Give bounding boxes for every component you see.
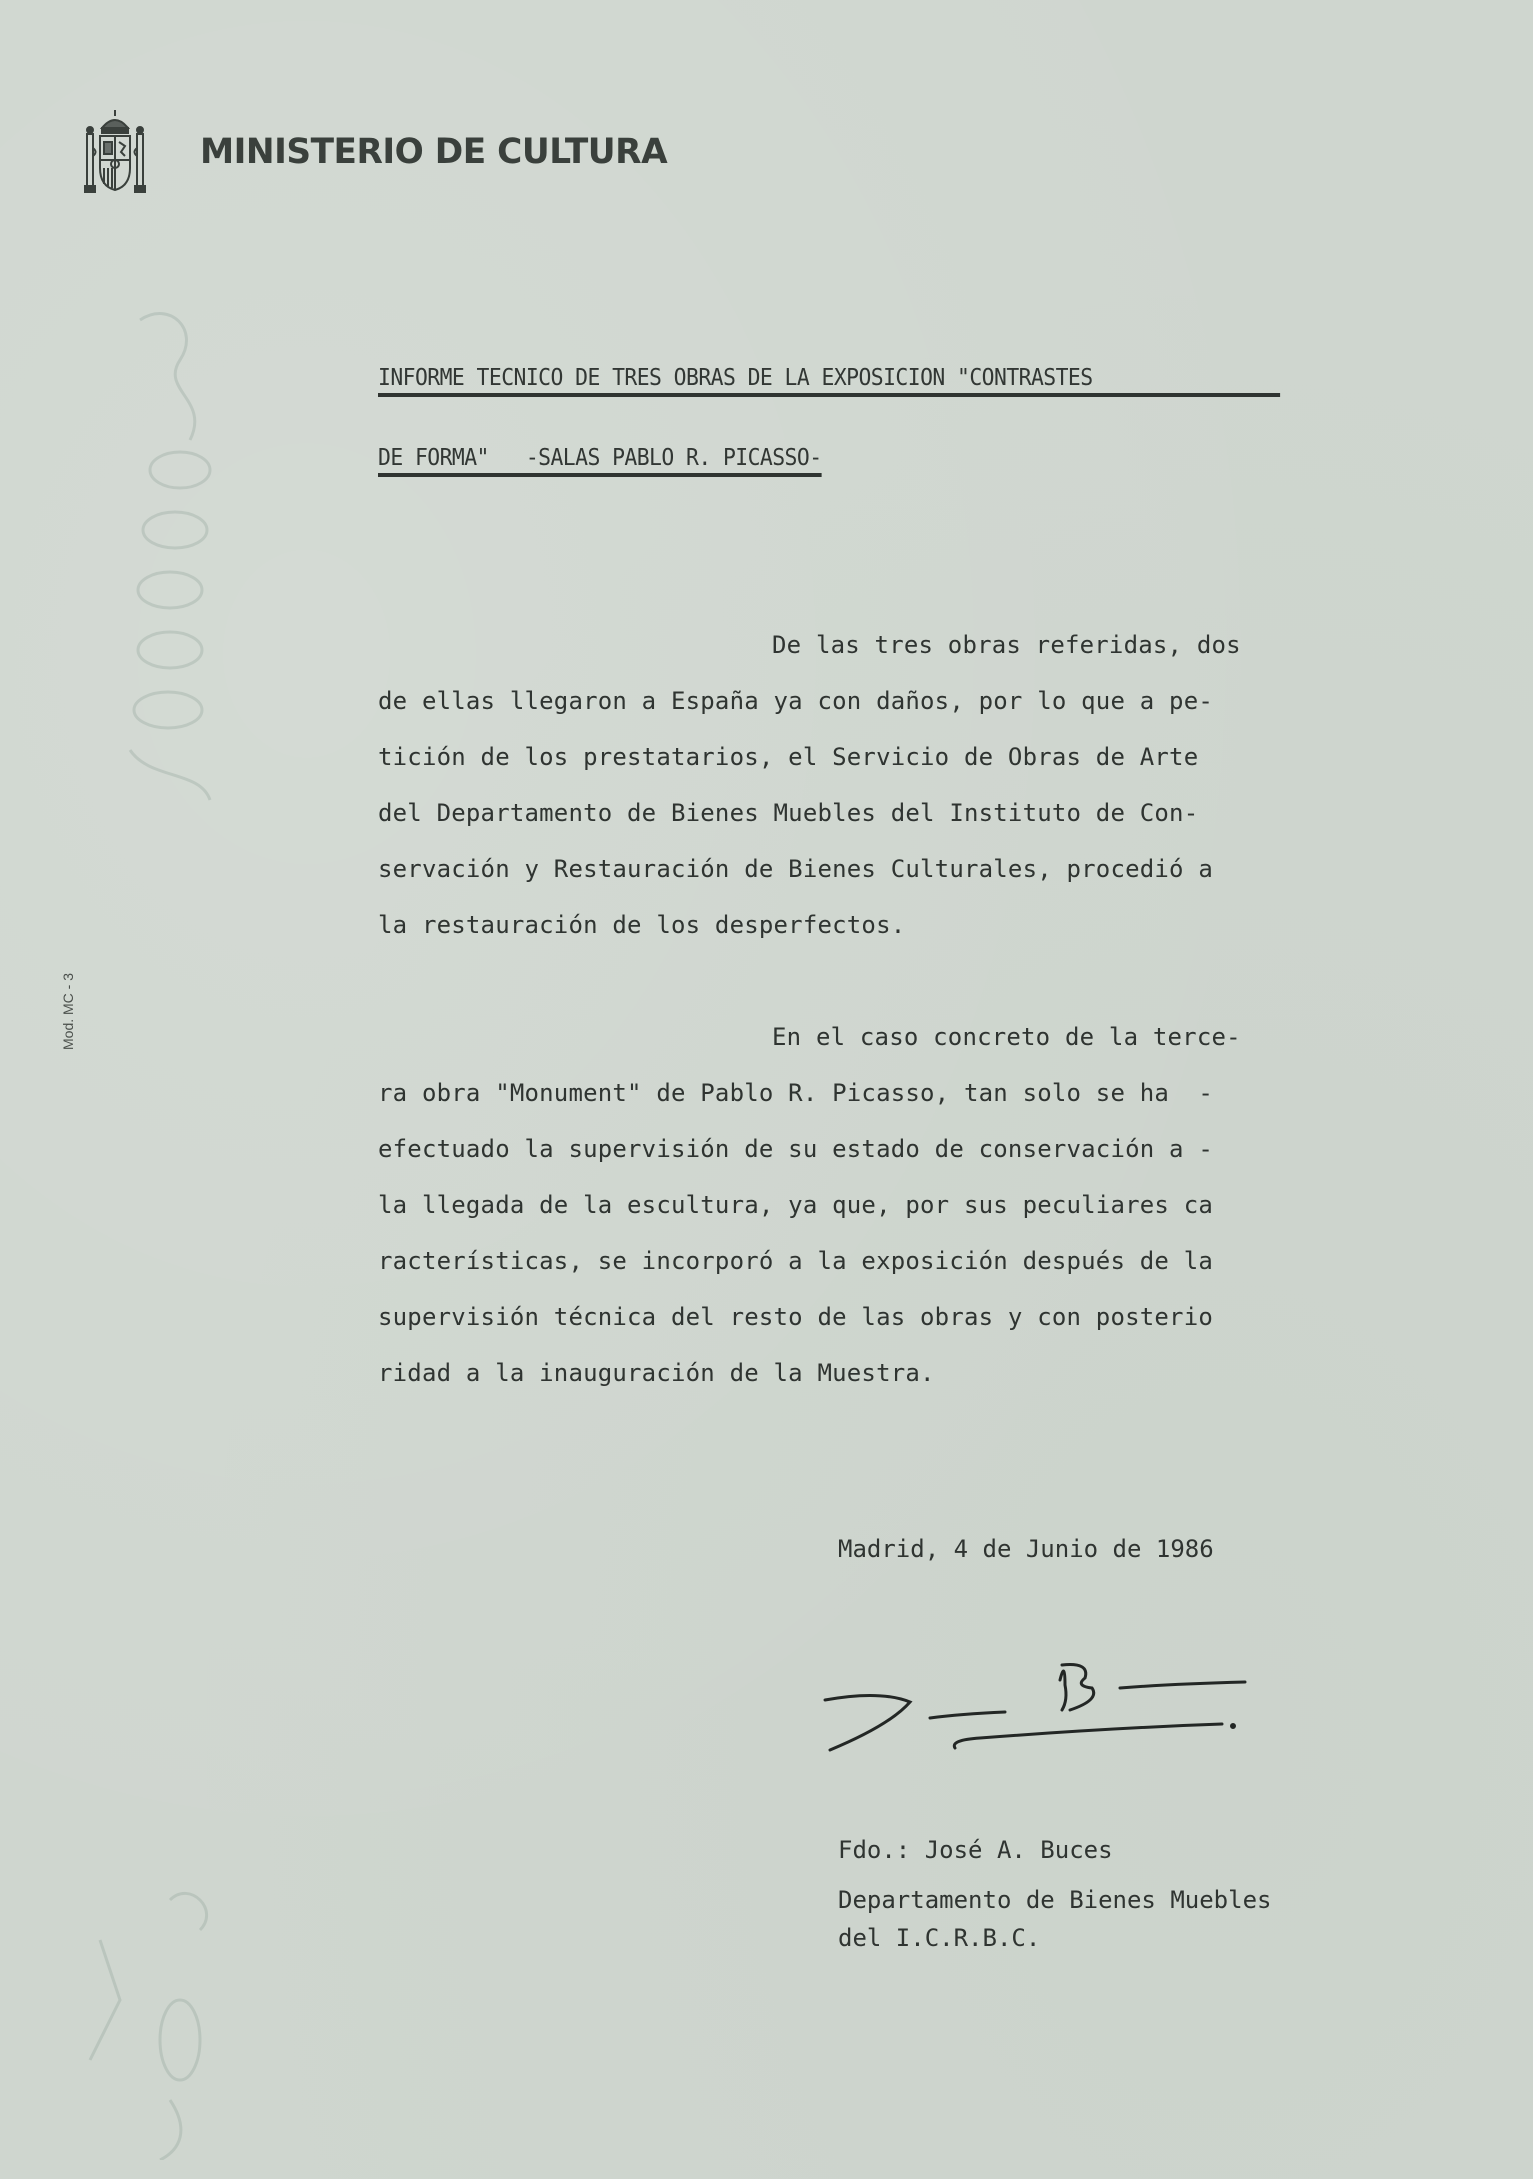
letterhead: MINISTERIO DE CULTURA	[84, 108, 677, 196]
body-line: ra obra "Monument" de Pablo R. Picasso, …	[378, 1073, 1298, 1129]
signer-block: Fdo.: José A. Buces Departamento de Bien…	[838, 1830, 1271, 1954]
body-line: servación y Restauración de Bienes Cultu…	[378, 849, 1298, 905]
body-line: racterísticas, se incorporó a la exposic…	[378, 1241, 1298, 1297]
body-line: efectuado la supervisión de su estado de…	[378, 1129, 1298, 1185]
handwritten-signature-icon	[810, 1640, 1280, 1760]
document-body: De las tres obras referidas, dos de ella…	[378, 625, 1298, 1409]
department-line-2: del I.C.R.B.C.	[838, 1918, 1271, 1954]
form-code-label: Mod. MC - 3	[60, 973, 76, 1050]
body-line: la restauración de los desperfectos.	[378, 905, 1298, 961]
body-line: En el caso concreto de la terce-	[378, 1017, 1298, 1073]
body-line: supervisión técnica del resto de las obr…	[378, 1297, 1298, 1353]
paragraph-1: De las tres obras referidas, dos de ella…	[378, 625, 1298, 961]
signed-by: Fdo.: José A. Buces	[838, 1830, 1271, 1880]
document-title: INFORME TECNICO DE TRES OBRAS DE LA EXPO…	[378, 365, 1348, 477]
body-line: tición de los prestatarios, el Servicio …	[378, 737, 1298, 793]
body-line: del Departamento de Bienes Muebles del I…	[378, 793, 1298, 849]
body-line: ridad a la inauguración de la Muestra.	[378, 1353, 1298, 1409]
body-line: la llegada de la escultura, ya que, por …	[378, 1185, 1298, 1241]
paragraph-spacer	[378, 961, 1298, 1017]
closing-block: Madrid, 4 de Junio de 1986	[838, 1535, 1214, 1563]
title-line-1: INFORME TECNICO DE TRES OBRAS DE LA EXPO…	[378, 365, 1280, 397]
spanish-coat-of-arms-icon	[84, 108, 146, 196]
place-date: Madrid, 4 de Junio de 1986	[838, 1535, 1214, 1563]
title-line-2: DE FORMA" -SALAS PABLO R. PICASSO-	[378, 445, 822, 477]
paragraph-2: En el caso concreto de la terce- ra obra…	[378, 1017, 1298, 1409]
ministry-name: MINISTERIO DE CULTURA	[200, 132, 667, 172]
body-line: De las tres obras referidas, dos	[378, 625, 1298, 681]
body-line: de ellas llegaron a España ya con daños,…	[378, 681, 1298, 737]
